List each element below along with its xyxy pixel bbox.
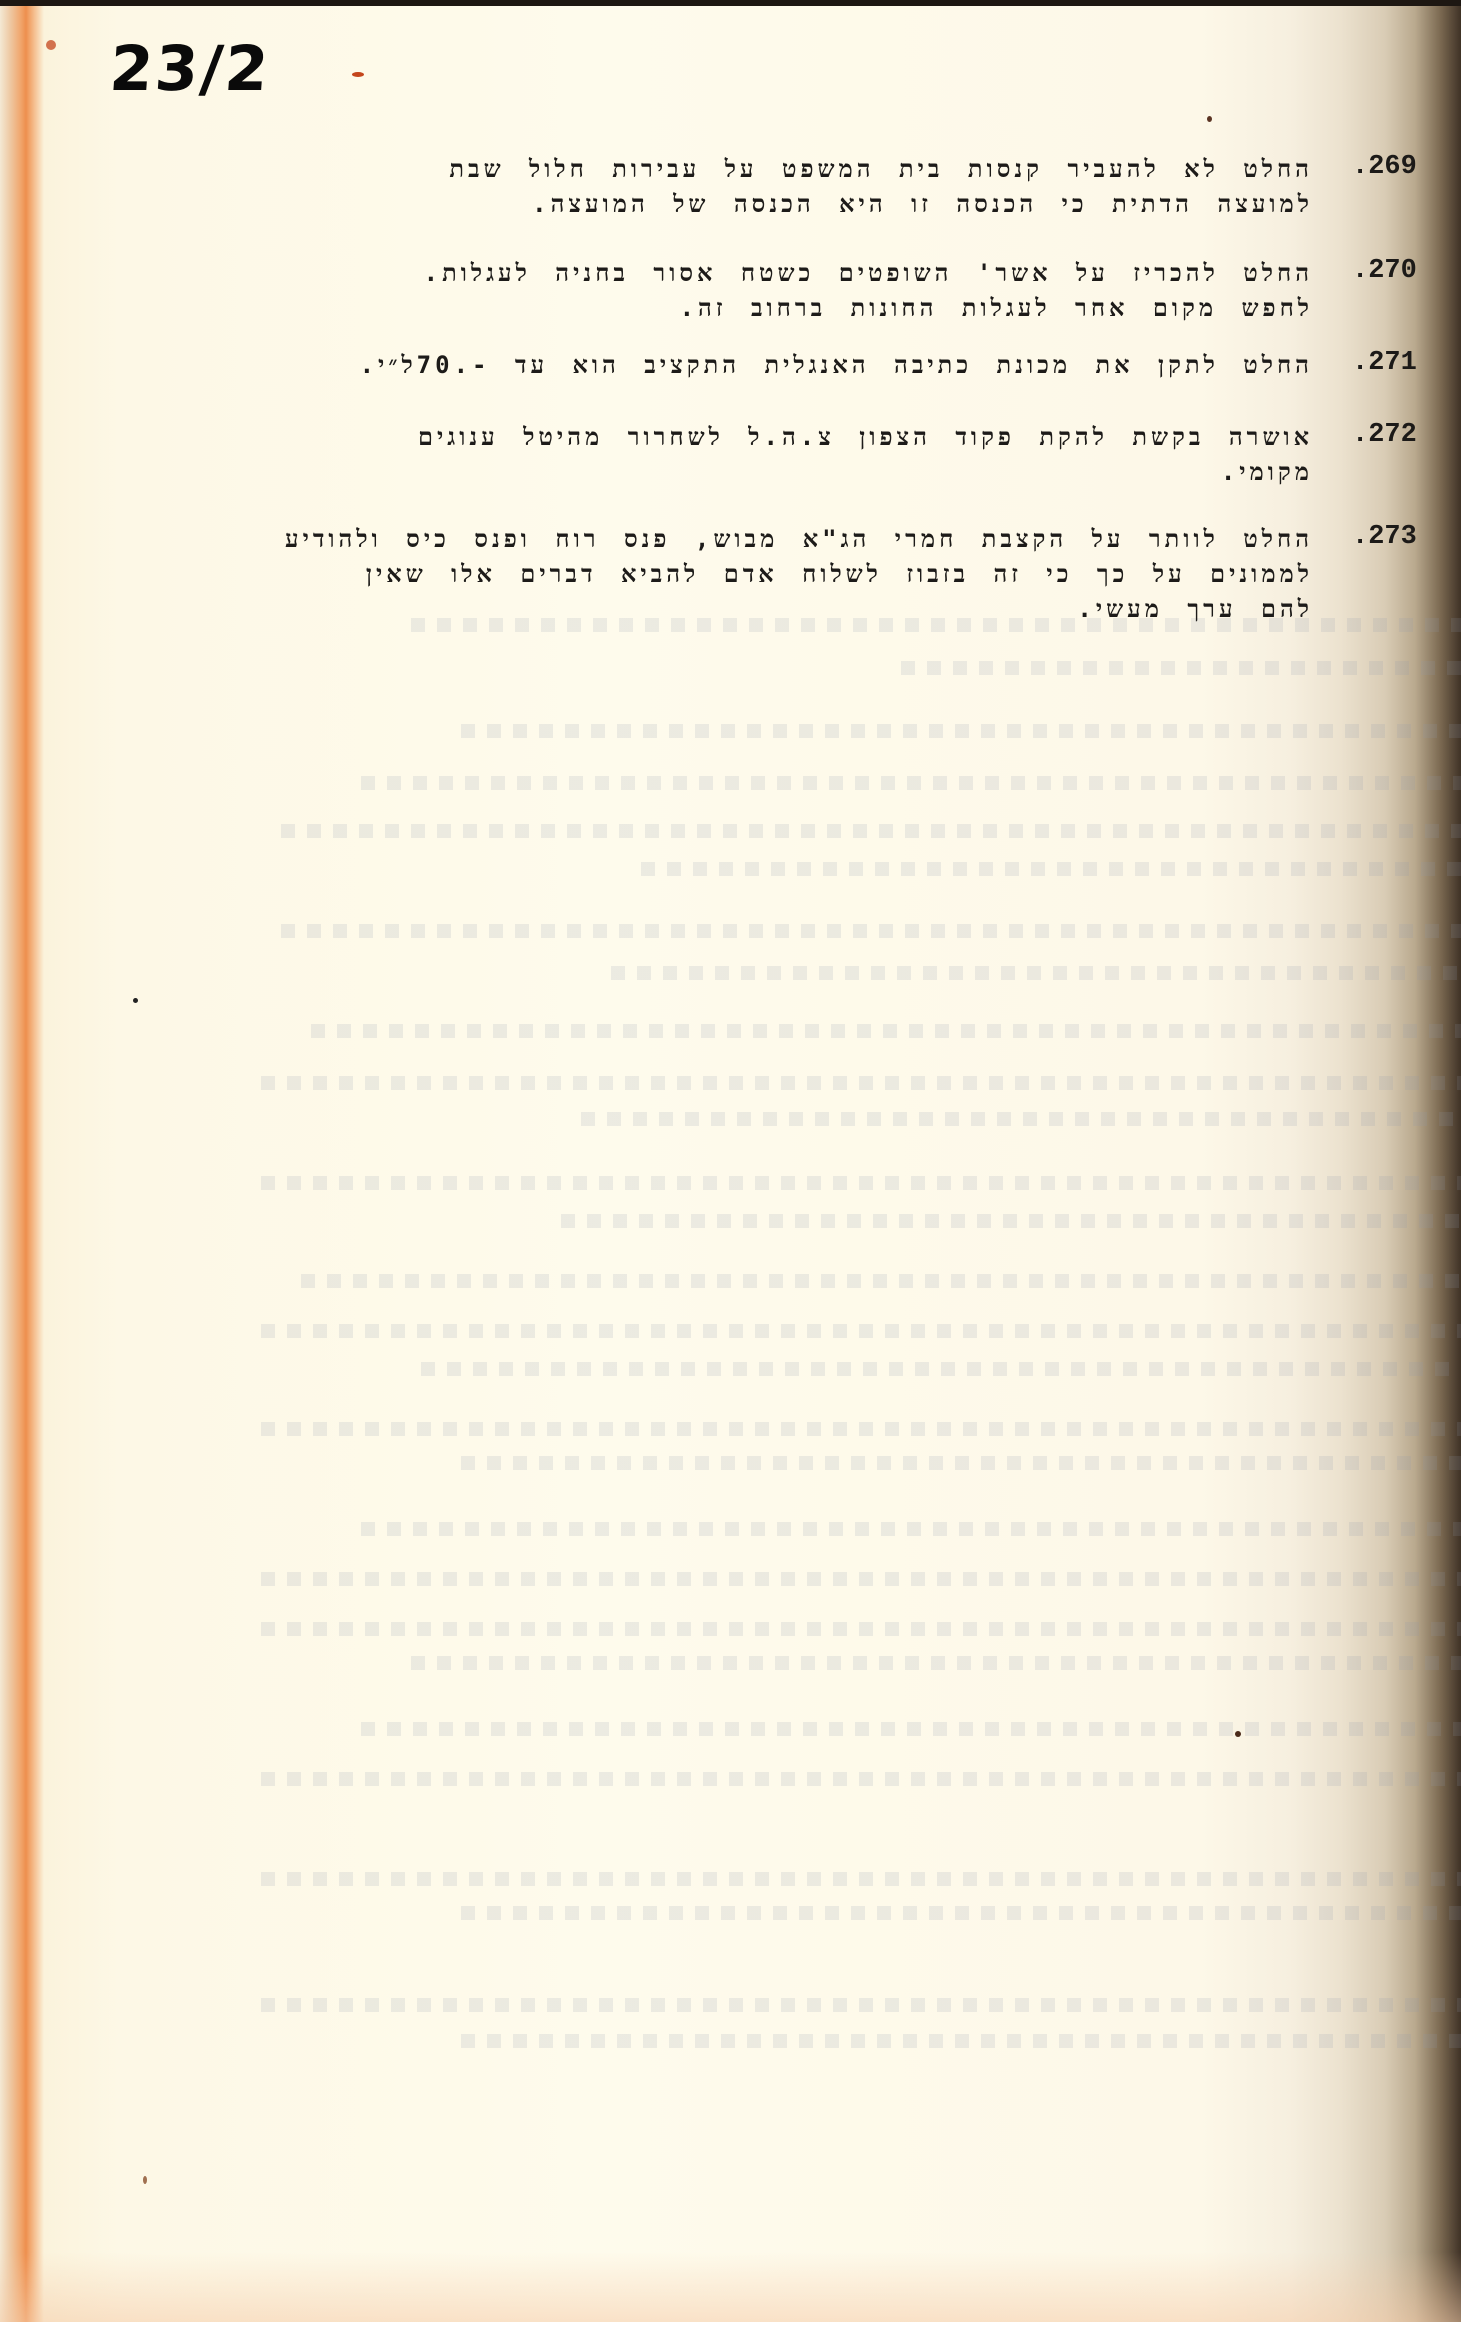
item-line: לממונים על כך כי זה בזבוז לשלוח אדם להבי… xyxy=(285,557,1313,592)
item-line: לחפש מקום אחר לעגלות החונות ברחוב זה. xyxy=(424,291,1313,326)
item-number: .272 xyxy=(1352,420,1417,450)
ink-speck xyxy=(133,998,138,1003)
rust-speck xyxy=(46,40,56,50)
item-number: .273 xyxy=(1352,522,1417,552)
item-line: החלט להכריז על אשר' השופטים כשטח אסור בח… xyxy=(424,256,1313,291)
item-text: החלט להכריז על אשר' השופטים כשטח אסור בח… xyxy=(424,256,1313,326)
item-line: החלט לא להעביר קנסות בית המשפט על עבירות… xyxy=(449,152,1313,187)
document-page: 23/2 .269 החלט לא לה xyxy=(0,0,1461,2322)
rust-speck xyxy=(352,72,364,77)
item-line: למועצה הדתית כי הכנסה זו היא הכנסה של המ… xyxy=(449,187,1313,222)
item-text: החלט לוותר על הקצבת חמרי הג"א מבוש, פנס … xyxy=(285,522,1313,627)
handwritten-reference-number: 23/2 xyxy=(107,32,272,105)
item-number: .269 xyxy=(1352,152,1417,182)
item-line: להם ערך מעשי. xyxy=(285,592,1313,627)
ink-speck xyxy=(1207,116,1212,122)
item-line: מקומי. xyxy=(418,455,1313,490)
item-text: אושרה בקשת להקת פקוד הצפון צ.ה.ל לשחרור … xyxy=(418,420,1313,490)
item-text: החלט לא להעביר קנסות בית המשפט על עבירות… xyxy=(449,152,1313,222)
item-line: החלט לוותר על הקצבת חמרי הג"א מבוש, פנס … xyxy=(285,522,1313,557)
ink-speck xyxy=(143,2176,147,2184)
scan-bottom-margin xyxy=(0,2322,1461,2337)
item-line: החלט לתקן את מכונת כתיבה האנגלית התקציב … xyxy=(360,348,1313,383)
item-line: אושרה בקשת להקת פקוד הצפון צ.ה.ל לשחרור … xyxy=(418,420,1313,455)
item-number: .270 xyxy=(1352,256,1417,286)
item-number: .271 xyxy=(1352,348,1417,378)
item-text: החלט לתקן את מכונת כתיבה האנגלית התקציב … xyxy=(360,348,1313,383)
